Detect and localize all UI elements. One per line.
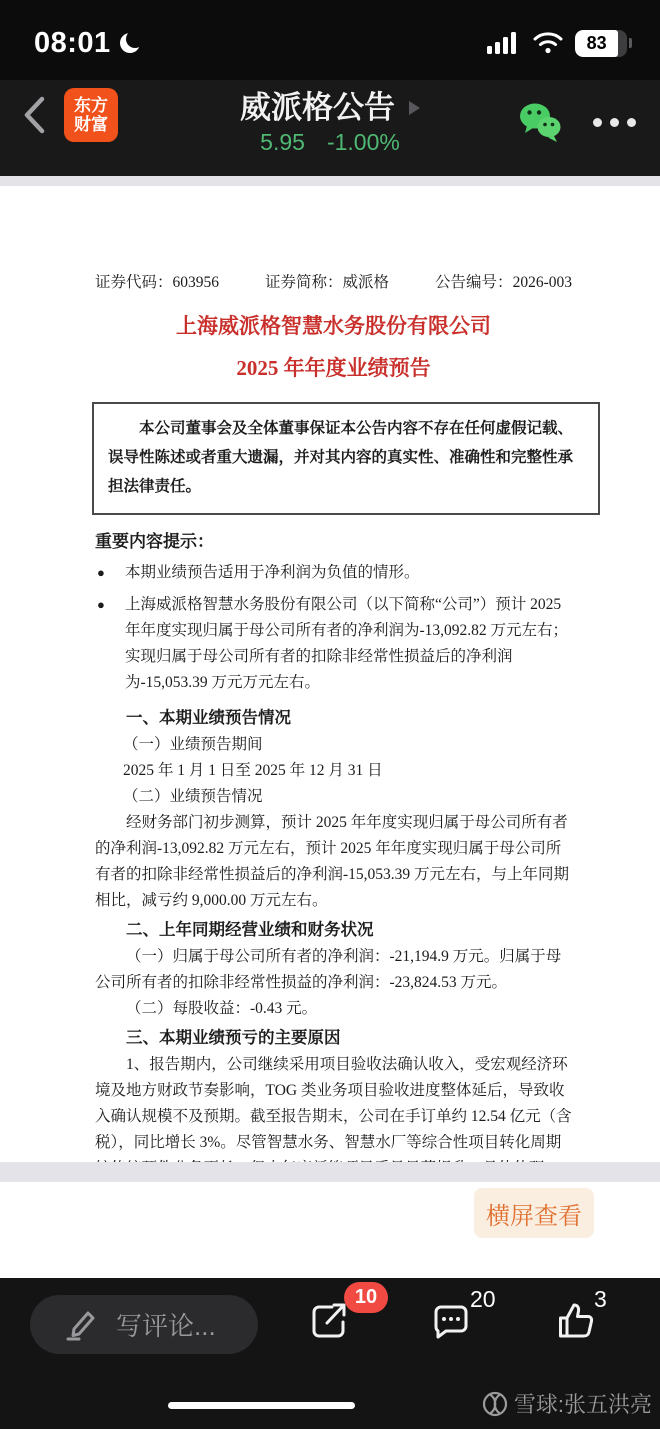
watermark: 雪球:张五洪亮: [482, 1388, 652, 1419]
share-button[interactable]: 10: [308, 1300, 378, 1347]
doc-bullet-2: 上海威派格智慧水务股份有限公司（以下简称“公司”）预计 2025 年年度实现归属…: [95, 592, 572, 696]
stock-change: -1.00%: [327, 129, 400, 156]
like-count: 3: [594, 1286, 607, 1313]
document-viewer[interactable]: 证券代码：603956 证券简称：威派格 公告编号：2026-003 上海威派格…: [0, 176, 660, 1278]
doc-report-title: 2025 年年度业绩预告: [95, 352, 572, 382]
home-indicator[interactable]: [168, 1402, 355, 1409]
doc-section2-title: 二、上年同期经营业绩和财务状况: [126, 916, 572, 940]
eastmoney-logo-line1: 东方: [74, 96, 108, 115]
expand-arrow-icon: [409, 101, 420, 115]
page-gap-strip: 横屏查看: [0, 1182, 660, 1278]
eastmoney-logo-line2: 财富: [74, 115, 108, 134]
status-bar: 08:01: [0, 0, 660, 80]
moon-icon: [117, 30, 143, 56]
doc-bullet-1: 本期业绩预告适用于净利润为负值的情形。: [95, 560, 572, 586]
comment-placeholder: 写评论...: [116, 1306, 216, 1343]
doc-announcement-no: 公告编号：2026-003: [435, 270, 572, 292]
more-menu-icon[interactable]: [593, 118, 636, 127]
doc-section1-title: 一、本期业绩预告情况: [126, 704, 572, 728]
wifi-icon: [532, 31, 564, 55]
comment-input[interactable]: 写评论...: [30, 1295, 258, 1354]
watermark-text: 雪球:张五洪亮: [514, 1388, 652, 1419]
comments-button[interactable]: 20: [430, 1300, 500, 1347]
doc-section2-para2: （二）每股收益：-0.43 元。: [95, 996, 572, 1022]
phone-screen: 08:01: [0, 0, 660, 1429]
eastmoney-logo[interactable]: 东方 财富: [64, 88, 118, 142]
stock-price: 5.95: [260, 129, 305, 156]
doc-section1-sub2: （二）业绩预告情况: [123, 784, 572, 810]
share-icon: [308, 1300, 350, 1342]
doc-section1-period: 2025 年 1 月 1 日至 2025 年 12 月 31 日: [123, 758, 572, 784]
xueqiu-icon: [482, 1391, 508, 1417]
doc-section1-para: 经财务部门初步测算，预计 2025 年年度实现归属于母公司所有者的净利润-13,…: [95, 810, 572, 914]
announcement-page: 证券代码：603956 证券简称：威派格 公告编号：2026-003 上海威派格…: [0, 186, 660, 1162]
thumbs-up-icon: [554, 1300, 596, 1342]
doc-section3-title: 三、本期业绩预亏的主要原因: [126, 1024, 572, 1048]
doc-section3-para: 1、报告期内，公司继续采用项目验收法确认收入，受宏观经济环境及地方财政节奏影响，…: [95, 1052, 572, 1162]
back-icon[interactable]: [22, 94, 48, 136]
comment-count: 20: [470, 1286, 496, 1313]
pencil-icon: [64, 1308, 96, 1342]
doc-hint-title: 重要内容提示：: [95, 527, 572, 552]
battery-percent: 83: [575, 30, 618, 57]
doc-security-code: 证券代码：603956: [95, 270, 219, 292]
battery-icon: 83: [575, 30, 627, 57]
doc-section2-para1: （一）归属于母公司所有者的净利润：-21,194.9 万元。归属于母公司所有者的…: [95, 944, 572, 996]
share-badge: 10: [344, 1282, 388, 1313]
landscape-view-button[interactable]: 横屏查看: [474, 1188, 594, 1238]
doc-disclaimer-box: 本公司董事会及全体董事保证本公告内容不存在任何虚假记载、误导性陈述或者重大遗漏，…: [92, 402, 600, 515]
battery-nub: [629, 38, 632, 48]
like-button[interactable]: 3: [554, 1300, 624, 1347]
bottom-action-bar: 写评论... 10 20 3: [0, 1278, 660, 1429]
page-title: 威派格公告: [240, 82, 395, 127]
comment-bubble-icon: [430, 1300, 472, 1342]
wechat-share-button[interactable]: [515, 100, 565, 144]
clock-time: 08:01: [34, 27, 111, 60]
stock-quote: 5.95 -1.00%: [240, 129, 420, 156]
app-header: 东方 财富 威派格公告 5.95 -1.00%: [0, 80, 660, 176]
signal-icon: [487, 31, 521, 55]
doc-meta-row: 证券代码：603956 证券简称：威派格 公告编号：2026-003: [95, 270, 572, 292]
doc-security-name: 证券简称：威派格: [265, 270, 389, 292]
stock-title-block[interactable]: 威派格公告 5.95 -1.00%: [240, 82, 420, 156]
doc-company-title: 上海威派格智慧水务股份有限公司: [95, 310, 572, 340]
doc-section1-sub1: （一）业绩预告期间: [123, 732, 572, 758]
